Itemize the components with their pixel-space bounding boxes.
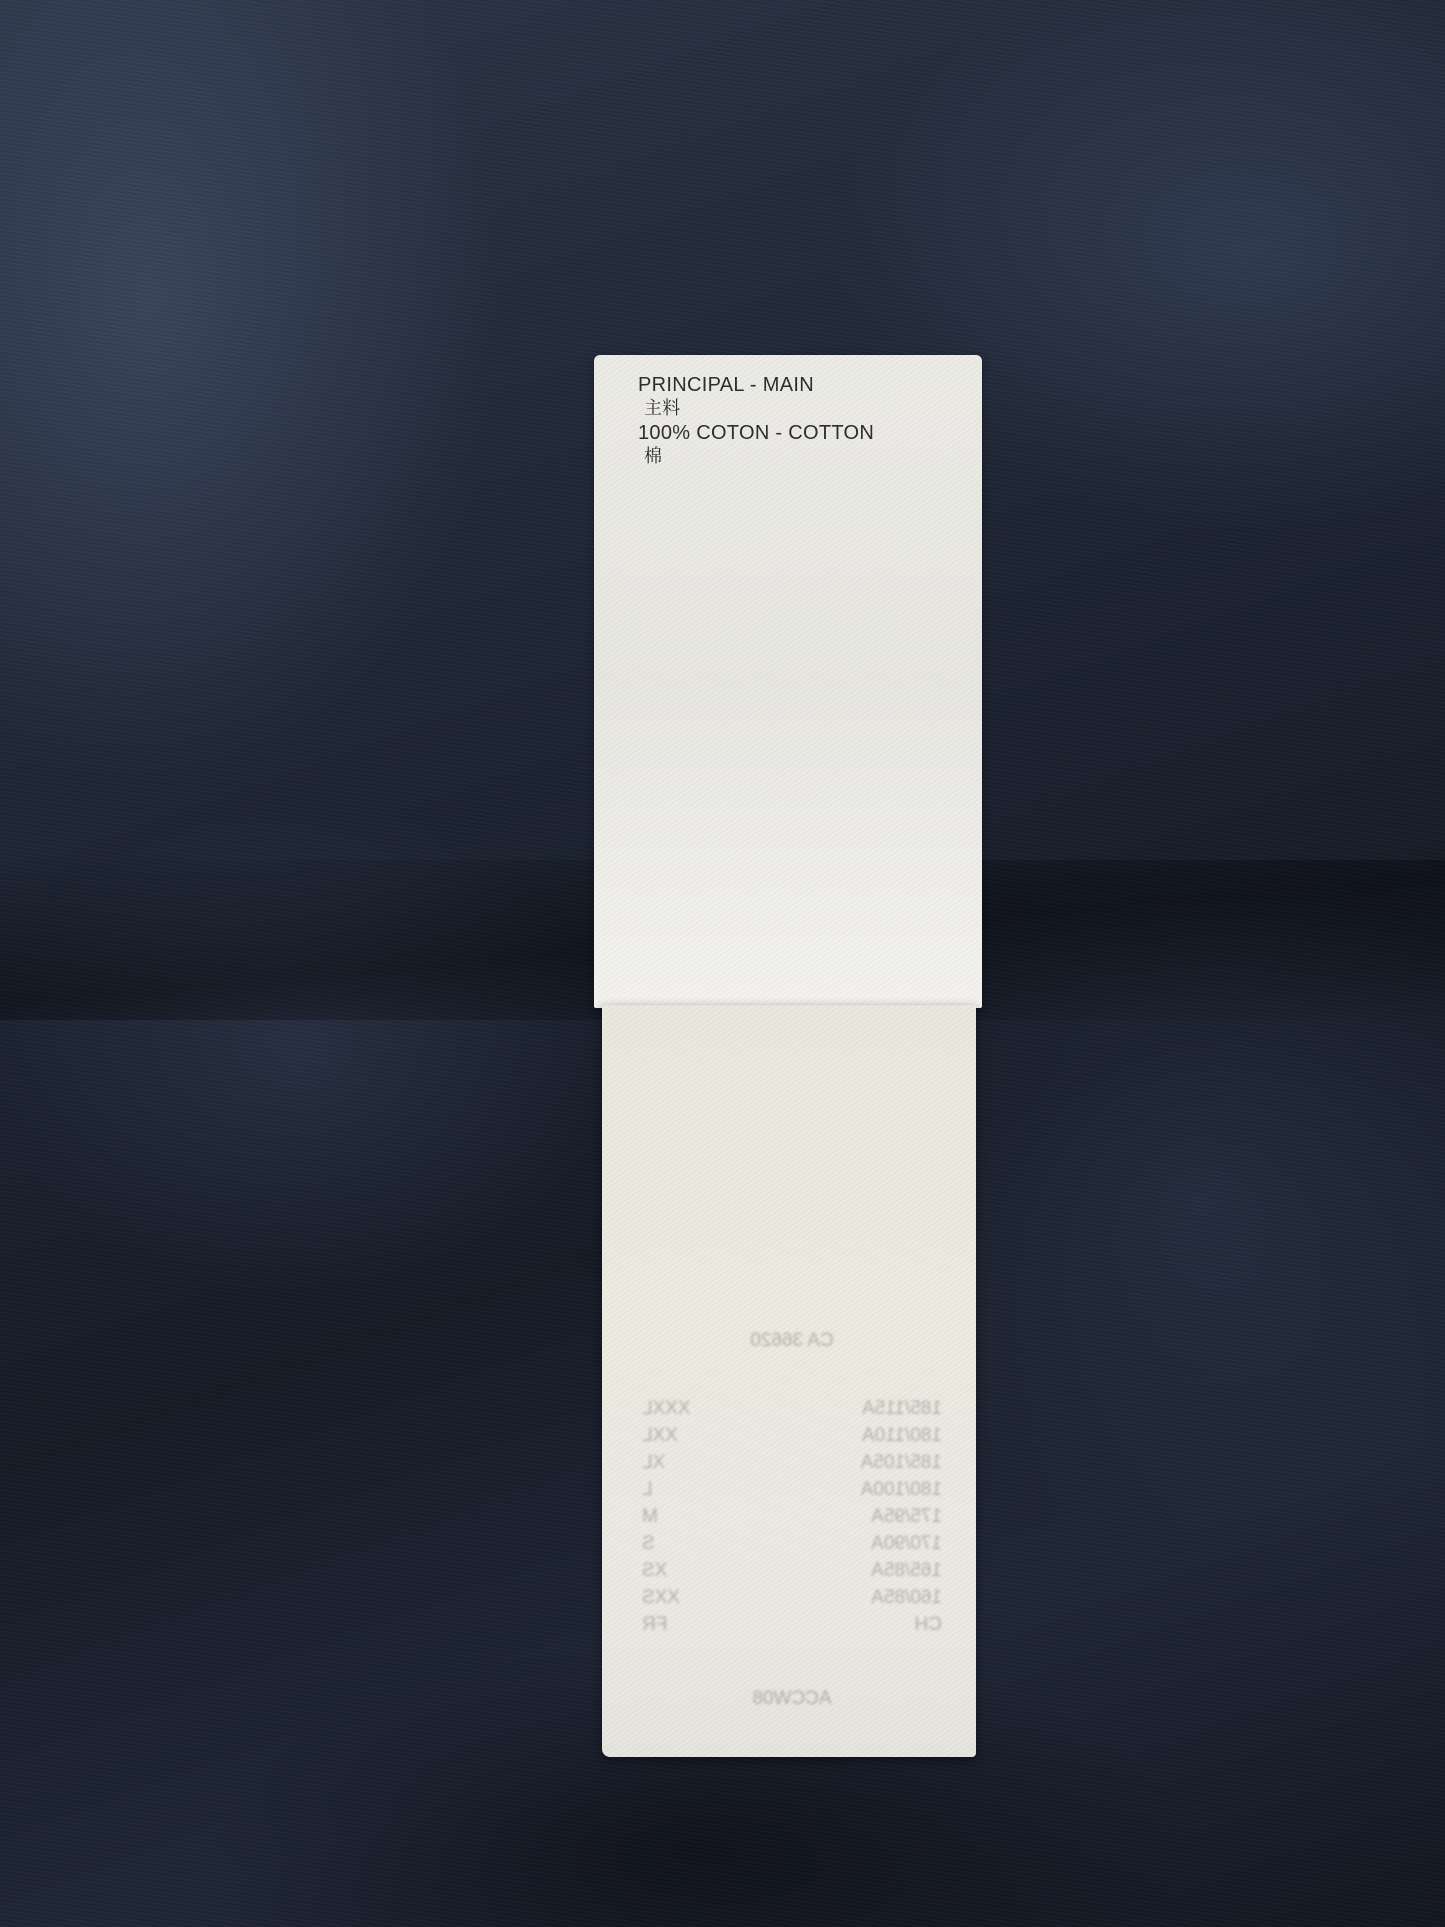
label-line-chinese-main: 主料 [638,397,874,421]
size-row: 185/105AXL [642,1449,942,1476]
size-row: 180/110AXXL [642,1422,942,1449]
label-line-chinese-cotton: 棉 [638,445,874,469]
composition-text: PRINCIPAL - MAIN 主料 100% COTON - COTTON … [638,373,874,469]
size-row: 180/100AL [642,1476,942,1503]
size-row: CHFR [642,1611,942,1638]
care-label-upper-panel: PRINCIPAL - MAIN 主料 100% COTON - COTTON … [594,355,982,1008]
size-row: 175/95AM [642,1503,942,1530]
size-row: 160/85AXXS [642,1584,942,1611]
size-row: 170/90AS [642,1530,942,1557]
size-row: 165/85AXS [642,1557,942,1584]
bleed-through-code: CA 36620 [712,1327,872,1354]
size-row: 185/115AXXXL [642,1395,942,1422]
bleed-through-size-table: 185/115AXXXL 180/110AXXL 185/105AXL 180/… [642,1395,942,1638]
care-label-lower-panel: CA 36620 185/115AXXXL 180/110AXXL 185/10… [602,1005,976,1757]
label-line-principal-main: PRINCIPAL - MAIN [638,373,874,397]
bleed-through-footer-code: ACCW08 [712,1685,872,1712]
label-line-cotton: 100% COTON - COTTON [638,421,874,445]
